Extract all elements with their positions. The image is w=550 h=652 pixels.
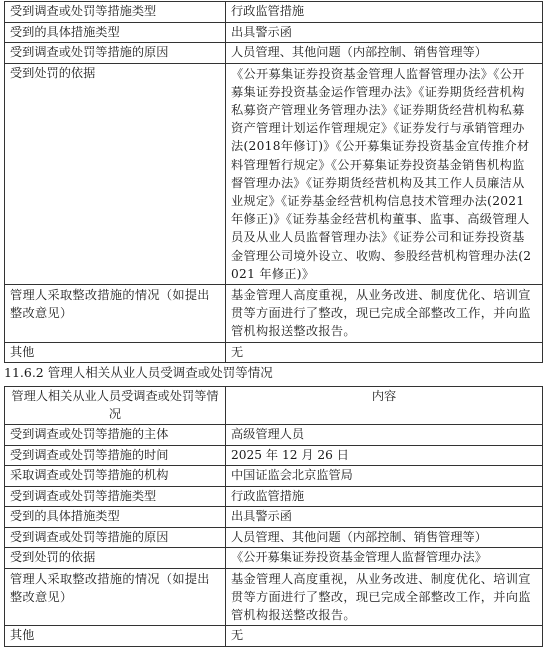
table-row: 管理人采取整改措施的情况（如提出整改意见） 基金管理人高度重视，从业务改进、制度…	[5, 568, 543, 626]
table-row: 其他 无	[5, 626, 543, 647]
table-row: 受到调查或处罚等措施类型 行政监管措施	[5, 2, 543, 23]
row-value: 出具警示函	[226, 507, 543, 528]
row-value: 人员管理、其他问题（内部控制、销售管理等）	[226, 527, 543, 548]
row-value: 出具警示函	[226, 22, 543, 43]
row-label: 其他	[5, 342, 226, 363]
table-row: 受到调查或处罚等措施的主体 高级管理人员	[5, 425, 543, 446]
row-label: 受到调查或处罚等措施的原因	[5, 527, 226, 548]
table-row: 受到的具体措施类型 出具警示函	[5, 507, 543, 528]
row-label: 受到处罚的依据	[5, 548, 226, 569]
row-label: 受到的具体措施类型	[5, 507, 226, 528]
row-label: 采取调查或处罚等措施的机构	[5, 466, 226, 487]
row-value: 无	[226, 342, 543, 363]
row-value: 无	[226, 626, 543, 647]
row-value: 行政监管措施	[226, 486, 543, 507]
header-cell-situation: 管理人相关从业人员受调查或处罚等情况	[5, 387, 226, 425]
table-row: 受到调查或处罚等措施的原因 人员管理、其他问题（内部控制、销售管理等）	[5, 527, 543, 548]
table-row: 其他 无	[5, 342, 543, 363]
row-label: 受到处罚的依据	[5, 63, 226, 284]
row-label: 受到调查或处罚等措施类型	[5, 486, 226, 507]
row-label: 管理人采取整改措施的情况（如提出整改意见）	[5, 568, 226, 626]
table-row: 受到调查或处罚等措施的时间 2025 年 12 月 26 日	[5, 445, 543, 466]
row-label: 受到调查或处罚等措施类型	[5, 2, 226, 23]
row-label: 受到调查或处罚等措施的时间	[5, 445, 226, 466]
table-row: 受到调查或处罚等措施的原因 人员管理、其他问题（内部控制、销售管理等）	[5, 43, 543, 64]
manager-penalty-table: 受到调查或处罚等措施类型 行政监管措施 受到的具体措施类型 出具警示函 受到调查…	[4, 1, 543, 363]
row-label: 其他	[5, 626, 226, 647]
table-row: 受到调查或处罚等措施类型 行政监管措施	[5, 486, 543, 507]
table-row: 受到处罚的依据 《公开募集证券投资基金管理人监督管理办法》	[5, 548, 543, 569]
row-value: 高级管理人员	[226, 425, 543, 446]
row-value: 中国证监会北京监管局	[226, 466, 543, 487]
row-value: 《公开募集证券投资基金管理人监督管理办法》	[226, 548, 543, 569]
table-row: 采取调查或处罚等措施的机构 中国证监会北京监管局	[5, 466, 543, 487]
row-label: 受到调查或处罚等措施的原因	[5, 43, 226, 64]
table-row: 受到的具体措施类型 出具警示函	[5, 22, 543, 43]
row-value: 《公开募集证券投资基金管理人监督管理办法》《公开募集证券投资基金运作管理办法》《…	[226, 63, 543, 284]
row-value: 基金管理人高度重视，从业务改进、制度优化、培训宣贯等方面进行了整改，现已完成全部…	[226, 568, 543, 626]
row-value: 基金管理人高度重视，从业务改进、制度优化、培训宣贯等方面进行了整改，现已完成全部…	[226, 284, 543, 342]
row-value: 人员管理、其他问题（内部控制、销售管理等）	[226, 43, 543, 64]
row-value: 行政监管措施	[226, 2, 543, 23]
row-label: 受到调查或处罚等措施的主体	[5, 425, 226, 446]
row-label: 受到的具体措施类型	[5, 22, 226, 43]
table-row: 管理人采取整改措施的情况（如提出整改意见） 基金管理人高度重视，从业务改进、制度…	[5, 284, 543, 342]
staff-penalty-table: 管理人相关从业人员受调查或处罚等情况 内容 受到调查或处罚等措施的主体 高级管理…	[4, 386, 543, 647]
section-heading: 11.6.2 管理人相关从业人员受调查或处罚等情况	[4, 364, 273, 382]
row-value: 2025 年 12 月 26 日	[226, 445, 543, 466]
header-cell-content: 内容	[226, 387, 543, 425]
row-label: 管理人采取整改措施的情况（如提出整改意见）	[5, 284, 226, 342]
table-row: 受到处罚的依据 《公开募集证券投资基金管理人监督管理办法》《公开募集证券投资基金…	[5, 63, 543, 284]
table-header-row: 管理人相关从业人员受调查或处罚等情况 内容	[5, 387, 543, 425]
